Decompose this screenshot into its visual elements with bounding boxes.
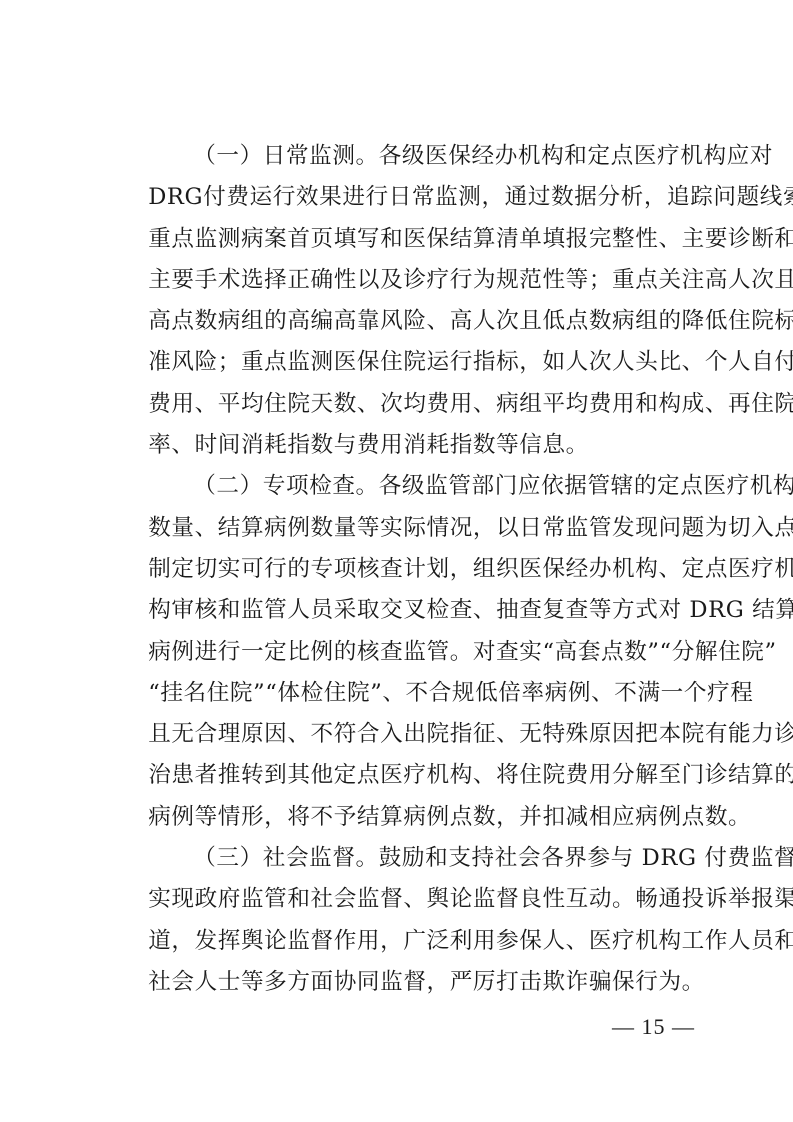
text-line: 高点数病组的高编高靠风险、高人次且低点数病组的降低住院标 — [103, 301, 697, 342]
text-line: （一）日常监测。各级医保经办机构和定点医疗机构应对 — [103, 136, 697, 177]
text-line: 道，发挥舆论监督作用，广泛利用参保人、医疗机构工作人员和 — [103, 921, 697, 962]
text-line: 治患者推转到其他定点医疗机构、将住院费用分解至门诊结算的 — [103, 755, 697, 796]
paragraph-daily-monitoring: （一）日常监测。各级医保经办机构和定点医疗机构应对 DRG付费运行效果进行日常监… — [103, 136, 697, 466]
text-line: 率、时间消耗指数与费用消耗指数等信息。 — [103, 425, 697, 466]
text-line: 制定切实可行的专项核查计划，组织医保经办机构、定点医疗机 — [103, 549, 697, 590]
paragraph-special-inspection: （二）专项检查。各级监管部门应依据管辖的定点医疗机构 数量、结算病例数量等实际情… — [103, 466, 697, 838]
text-line: 病例进行一定比例的核查监管。对查实“高套点数”“分解住院” — [103, 632, 697, 673]
text-line: 病例等情形，将不予结算病例点数，并扣减相应病例点数。 — [103, 797, 697, 838]
text-line: DRG付费运行效果进行日常监测，通过数据分析，追踪问题线索， — [103, 177, 697, 218]
text-line: 准风险；重点监测医保住院运行指标，如人次人头比、个人自付 — [103, 342, 697, 383]
text-line: 实现政府监管和社会监督、舆论监督良性互动。畅通投诉举报渠 — [103, 879, 697, 920]
text-line: （二）专项检查。各级监管部门应依据管辖的定点医疗机构 — [103, 466, 697, 507]
text-line: 构审核和监管人员采取交叉检查、抽查复查等方式对 DRG 结算 — [103, 590, 697, 631]
text-line: 社会人士等多方面协同监督，严厉打击欺诈骗保行为。 — [103, 962, 697, 1003]
text-line: 且无合理原因、不符合入出院指征、无特殊原因把本院有能力诊 — [103, 714, 697, 755]
text-line: 费用、平均住院天数、次均费用、病组平均费用和构成、再住院 — [103, 384, 697, 425]
text-line: 主要手术选择正确性以及诊疗行为规范性等；重点关注高人次且 — [103, 260, 697, 301]
paragraph-social-supervision: （三）社会监督。鼓励和支持社会各界参与 DRG 付费监督， 实现政府监管和社会监… — [103, 838, 697, 1003]
document-page: （一）日常监测。各级医保经办机构和定点医疗机构应对 DRG付费运行效果进行日常监… — [103, 136, 697, 1003]
text-line: 重点监测病案首页填写和医保结算清单填报完整性、主要诊断和 — [103, 219, 697, 260]
text-line: （三）社会监督。鼓励和支持社会各界参与 DRG 付费监督， — [103, 838, 697, 879]
page-number: — 15 — — [612, 1014, 695, 1040]
text-line: 数量、结算病例数量等实际情况，以日常监管发现问题为切入点， — [103, 508, 697, 549]
text-line: “挂名住院”“体检住院”、不合规低倍率病例、不满一个疗程 — [103, 673, 697, 714]
